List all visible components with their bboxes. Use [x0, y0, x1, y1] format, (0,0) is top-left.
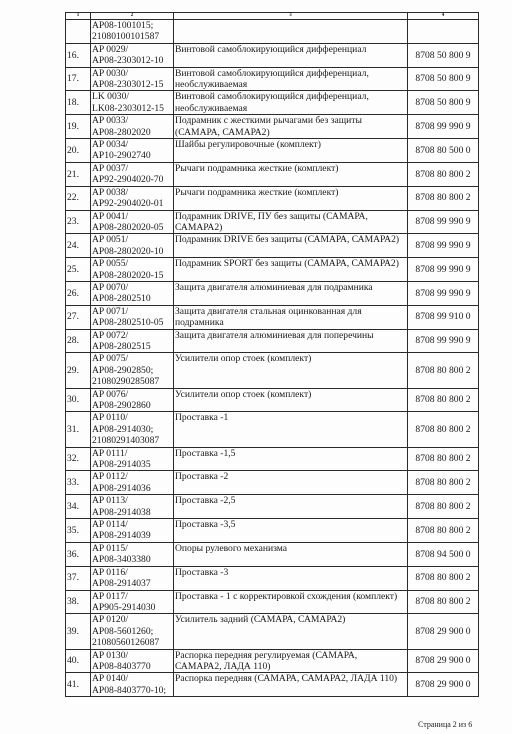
article-code: AP 0116/AP08-2914037 — [91, 566, 174, 590]
goods-table: 1 2 3 4 AP08-1001015;2108010010158716.AP… — [65, 12, 479, 697]
item-description: Винтовой самоблокирующийся дифференциал,… — [174, 91, 408, 115]
table-row: 32.AP 0111/AP08-2914035Проставка -1,5870… — [66, 447, 479, 471]
table-row: 16.AP 0029/AP08-2303012-10Винтовой самоб… — [66, 43, 479, 67]
article-code-line: AP 0034/ — [92, 139, 172, 150]
row-number: 28. — [66, 329, 91, 353]
row-number: 25. — [66, 258, 91, 282]
article-code-line: AP 0120/ — [92, 614, 172, 625]
item-description: Усилитель задний (САМАРА, САМАРА2) — [174, 614, 408, 649]
article-code-line: AP 0055/ — [92, 258, 172, 269]
article-code: AP 0070/AP08-2802510 — [91, 281, 174, 305]
table-row: 28.AP 0072/AP08-2802515Защита двигателя … — [66, 329, 479, 353]
column-header: 4 — [408, 13, 479, 20]
article-code-line: AP 0037/ — [92, 163, 172, 174]
item-description: Подрамник DRIVE, ПУ без защиты (САМАРА, … — [174, 210, 408, 234]
table-row: 36.AP 0115/AP08-3403380Опоры рулевого ме… — [66, 542, 479, 566]
article-code: AP 0110/AP08-2914030;21080291403087 — [91, 412, 174, 447]
hs-code: 8708 99 990 9 — [408, 115, 479, 139]
hs-code: 8708 80 800 2 — [408, 519, 479, 543]
article-code-line: AP08-2303012-10 — [92, 55, 172, 66]
article-code-line: AP08-2802510 — [92, 293, 172, 304]
row-number: 36. — [66, 542, 91, 566]
article-code-line: AP 0030/ — [92, 68, 172, 79]
article-code: AP 0114/AP08-2914039 — [91, 519, 174, 543]
row-number: 17. — [66, 67, 91, 91]
article-code-line: AP08-2802020-05 — [92, 222, 172, 233]
table-row: 20.AP 0034/AP10-2902740Шайбы регулировоч… — [66, 139, 479, 163]
table-row: 18.LK 0030/LK08-2303012-15Винтовой самоб… — [66, 91, 479, 115]
item-description: Защита двигателя алюминиевая для попереч… — [174, 329, 408, 353]
hs-code: 8708 99 990 9 — [408, 281, 479, 305]
item-description: Проставка - 1 с корректировкой схождения… — [174, 590, 408, 614]
item-description: Шайбы регулировочные (комплект) — [174, 139, 408, 163]
item-description: Винтовой самоблокирующийся дифференциал,… — [174, 67, 408, 91]
row-number: 30. — [66, 388, 91, 412]
row-number: 40. — [66, 649, 91, 673]
table-row: 24.AP 0051/AP08-2802020-10Подрамник DRIV… — [66, 234, 479, 258]
article-code-line: AP08-2802515 — [92, 341, 172, 352]
table-row: 27.AP 0071/AP08-2802510-05Защита двигате… — [66, 305, 479, 329]
hs-code: 8708 94 500 0 — [408, 542, 479, 566]
article-code-line: AP08-8403770 — [92, 661, 172, 672]
hs-code: 8708 50 800 9 — [408, 43, 479, 67]
row-number: 22. — [66, 186, 91, 210]
article-code: AP 0140/AP08-8403770-10; — [91, 673, 174, 697]
item-description: Проставка -2 — [174, 471, 408, 495]
item-description: Распорка передняя (САМАРА, САМАРА2, ЛАДА… — [174, 673, 408, 697]
hs-code: 8708 99 910 0 — [408, 305, 479, 329]
article-code: AP 0033/AP08-2802020 — [91, 115, 174, 139]
article-code-line: AP08-2303012-15 — [92, 79, 172, 90]
article-code-line: AP 0051/ — [92, 234, 172, 245]
table-row: 19.AP 0033/AP08-2802020Подрамник с жестк… — [66, 115, 479, 139]
row-number: 23. — [66, 210, 91, 234]
table-row: 22.AP 0038/AP92-2904020-01Рычаги подрамн… — [66, 186, 479, 210]
article-code-line: AP 0115/ — [92, 543, 172, 554]
article-code-line: AP10-2902740 — [92, 150, 172, 161]
hs-code: 8708 80 800 2 — [408, 162, 479, 186]
row-number: 26. — [66, 281, 91, 305]
article-code-line: AP08-2914037 — [92, 578, 172, 589]
article-code: AP 0112/AP08-2914036 — [91, 471, 174, 495]
item-description: Проставка -3,5 — [174, 519, 408, 543]
article-code-line: AP 0110/ — [92, 412, 172, 423]
article-code-line: AP92-2904020-70 — [92, 174, 172, 185]
item-description: Проставка -1,5 — [174, 447, 408, 471]
row-number: 37. — [66, 566, 91, 590]
table-row: 41.AP 0140/AP08-8403770-10;Распорка пере… — [66, 673, 479, 697]
article-code: AP 0117/AP905-2914030 — [91, 590, 174, 614]
table-row: 30.AP 0076/AP08-2902860Усилители опор ст… — [66, 388, 479, 412]
article-code: AP 0055/AP08-2802020-15 — [91, 258, 174, 282]
article-code: AP 0038/AP92-2904020-01 — [91, 186, 174, 210]
article-code: AP 0113/AP08-2914038 — [91, 495, 174, 519]
item-description: Распорка передняя регулируемая (САМАРА, … — [174, 649, 408, 673]
article-code-line: AP 0114/ — [92, 519, 172, 530]
article-code-line: AP08-2902860 — [92, 400, 172, 411]
article-code: AP 0075/AP08-2902850;21080290285087 — [91, 353, 174, 388]
table-row: 23.AP 0041/AP08-2802020-05Подрамник DRIV… — [66, 210, 479, 234]
page-number: Страница 2 из 6 — [418, 720, 472, 729]
row-number: 20. — [66, 139, 91, 163]
hs-code: 8708 80 800 2 — [408, 566, 479, 590]
row-number: 24. — [66, 234, 91, 258]
article-code-line: AP 0075/ — [92, 353, 172, 364]
hs-code: 8708 29 900 0 — [408, 673, 479, 697]
article-code-line: AP 0072/ — [92, 330, 172, 341]
hs-code: 8708 50 800 9 — [408, 91, 479, 115]
article-code-line: AP 0112/ — [92, 471, 172, 482]
row-number: 27. — [66, 305, 91, 329]
article-code-line: AP 0038/ — [92, 187, 172, 198]
row-number: 18. — [66, 91, 91, 115]
item-description: Винтовой самоблокирующийся дифференциал — [174, 43, 408, 67]
row-number: 21. — [66, 162, 91, 186]
article-code-line: AP 0113/ — [92, 495, 172, 506]
article-code-line: AP905-2914030 — [92, 602, 172, 613]
table-row: 39.AP 0120/AP08-5601260;21080560126087Ус… — [66, 614, 479, 649]
table-row: 35.AP 0114/AP08-2914039Проставка -3,5870… — [66, 519, 479, 543]
article-code-line: AP08-2802510-05 — [92, 317, 172, 328]
article-code-line: 21080100101587 — [92, 31, 172, 42]
article-code-line: AP 0033/ — [92, 115, 172, 126]
table-row: 26.AP 0070/AP08-2802510Защита двигателя … — [66, 281, 479, 305]
hs-code — [408, 20, 479, 44]
article-code-line: AP08-2914039 — [92, 530, 172, 541]
column-header: 1 — [66, 13, 91, 20]
table-row: 38.AP 0117/AP905-2914030Проставка - 1 с … — [66, 590, 479, 614]
row-number: 19. — [66, 115, 91, 139]
article-code-line: AP08-2914038 — [92, 507, 172, 518]
article-code-line: LK08-2303012-15 — [92, 103, 172, 114]
article-code-line: AP08-2802020-10 — [92, 246, 172, 257]
item-description: Защита двигателя стальная оцинкованная д… — [174, 305, 408, 329]
column-number-row: 1 2 3 4 — [66, 13, 479, 20]
article-code-line: AP 0117/ — [92, 591, 172, 602]
table-row: 17.AP 0030/AP08-2303012-15Винтовой самоб… — [66, 67, 479, 91]
item-description — [174, 20, 408, 44]
article-code: AP 0034/AP10-2902740 — [91, 139, 174, 163]
hs-code: 8708 80 800 2 — [408, 353, 479, 388]
table-row: 31.AP 0110/AP08-2914030;21080291403087Пр… — [66, 412, 479, 447]
article-code-line: 21080291403087 — [92, 435, 172, 446]
item-description: Рычаги подрамника жесткие (комплект) — [174, 186, 408, 210]
article-code-line: AP08-2914035 — [92, 459, 172, 470]
table-body: AP08-1001015;2108010010158716.AP 0029/AP… — [66, 20, 479, 697]
article-code: LK 0030/LK08-2303012-15 — [91, 91, 174, 115]
article-code-line: AP08-8403770-10; — [92, 685, 172, 696]
article-code-line: AP08-5601260; — [92, 626, 172, 637]
article-code-line: AP08-2902850; — [92, 365, 172, 376]
article-code-line: AP08-2802020-15 — [92, 270, 172, 281]
item-description: Усилители опор стоек (комплект) — [174, 388, 408, 412]
article-code-line: AP92-2904020-01 — [92, 198, 172, 209]
article-code: AP 0037/AP92-2904020-70 — [91, 162, 174, 186]
hs-code: 8708 99 990 9 — [408, 258, 479, 282]
article-code: AP 0041/AP08-2802020-05 — [91, 210, 174, 234]
article-code: AP 0030/AP08-2303012-15 — [91, 67, 174, 91]
article-code-line: AP 0076/ — [92, 389, 172, 400]
row-number: 32. — [66, 447, 91, 471]
table-row: 33.AP 0112/AP08-2914036Проставка -28708 … — [66, 471, 479, 495]
table-row: 40.AP 0130/AP08-8403770Распорка передняя… — [66, 649, 479, 673]
article-code: AP 0076/AP08-2902860 — [91, 388, 174, 412]
item-description: Усилители опор стоек (комплект) — [174, 353, 408, 388]
article-code-line: AP 0041/ — [92, 211, 172, 222]
row-number: 33. — [66, 471, 91, 495]
hs-code: 8708 80 800 2 — [408, 388, 479, 412]
table-row: AP08-1001015;21080100101587 — [66, 20, 479, 44]
article-code: AP 0111/AP08-2914035 — [91, 447, 174, 471]
row-number: 31. — [66, 412, 91, 447]
table-row: 25.AP 0055/AP08-2802020-15Подрамник SPOR… — [66, 258, 479, 282]
row-number: 41. — [66, 673, 91, 697]
article-code-line: AP08-3403380 — [92, 554, 172, 565]
column-header: 3 — [174, 13, 408, 20]
article-code: AP 0120/AP08-5601260;21080560126087 — [91, 614, 174, 649]
article-code: AP 0115/AP08-3403380 — [91, 542, 174, 566]
article-code-line: AP08-2802020 — [92, 127, 172, 138]
article-code-line: AP 0070/ — [92, 282, 172, 293]
item-description: Подрамник с жесткими рычагами без защиты… — [174, 115, 408, 139]
hs-code: 8708 99 990 9 — [408, 234, 479, 258]
row-number: 34. — [66, 495, 91, 519]
hs-code: 8708 80 800 2 — [408, 471, 479, 495]
hs-code: 8708 80 800 2 — [408, 590, 479, 614]
article-code-line: LK 0030/ — [92, 91, 172, 102]
article-code: AP 0071/AP08-2802510-05 — [91, 305, 174, 329]
hs-code: 8708 50 800 9 — [408, 67, 479, 91]
article-code-line: AP08-2914030; — [92, 424, 172, 435]
article-code: AP 0130/AP08-8403770 — [91, 649, 174, 673]
row-number: 38. — [66, 590, 91, 614]
hs-code: 8708 80 800 2 — [408, 447, 479, 471]
table-row: 37.AP 0116/AP08-2914037Проставка -38708 … — [66, 566, 479, 590]
item-description: Рычаги подрамника жесткие (комплект) — [174, 162, 408, 186]
item-description: Защита двигателя алюминиевая для подрамн… — [174, 281, 408, 305]
column-header: 2 — [91, 13, 174, 20]
article-code: AP 0072/AP08-2802515 — [91, 329, 174, 353]
item-description: Проставка -2,5 — [174, 495, 408, 519]
hs-code: 8708 80 800 2 — [408, 186, 479, 210]
row-number: 16. — [66, 43, 91, 67]
item-description: Подрамник DRIVE без защиты (САМАРА, САМА… — [174, 234, 408, 258]
row-number: 39. — [66, 614, 91, 649]
row-number: 35. — [66, 519, 91, 543]
hs-code: 8708 80 500 0 — [408, 139, 479, 163]
article-code-line: 21080560126087 — [92, 637, 172, 648]
article-code-line: AP08-1001015; — [92, 20, 172, 31]
row-number — [66, 20, 91, 44]
item-description: Опоры рулевого механизма — [174, 542, 408, 566]
article-code-line: 21080290285087 — [92, 376, 172, 387]
hs-code: 8708 29 900 0 — [408, 649, 479, 673]
article-code-line: AP 0116/ — [92, 567, 172, 578]
item-description: Проставка -1 — [174, 412, 408, 447]
hs-code: 8708 80 800 2 — [408, 412, 479, 447]
item-description: Проставка -3 — [174, 566, 408, 590]
table-row: 29.AP 0075/AP08-2902850;21080290285087Ус… — [66, 353, 479, 388]
item-description: Подрамник SPORT без защиты (САМАРА, САМА… — [174, 258, 408, 282]
article-code-line: AP 0029/ — [92, 44, 172, 55]
row-number: 29. — [66, 353, 91, 388]
article-code: AP 0051/AP08-2802020-10 — [91, 234, 174, 258]
article-code-line: AP08-2914036 — [92, 483, 172, 494]
hs-code: 8708 80 800 2 — [408, 495, 479, 519]
article-code-line: AP 0111/ — [92, 448, 172, 459]
table-row: 21.AP 0037/AP92-2904020-70Рычаги подрамн… — [66, 162, 479, 186]
article-code-line: AP 0130/ — [92, 650, 172, 661]
table-row: 34.AP 0113/AP08-2914038Проставка -2,5870… — [66, 495, 479, 519]
article-code: AP 0029/AP08-2303012-10 — [91, 43, 174, 67]
article-code-line: AP 0140/ — [92, 673, 172, 684]
article-code: AP08-1001015;21080100101587 — [91, 20, 174, 44]
hs-code: 8708 99 990 9 — [408, 210, 479, 234]
article-code-line: AP 0071/ — [92, 306, 172, 317]
hs-code: 8708 29 900 0 — [408, 614, 479, 649]
hs-code: 8708 99 990 9 — [408, 329, 479, 353]
